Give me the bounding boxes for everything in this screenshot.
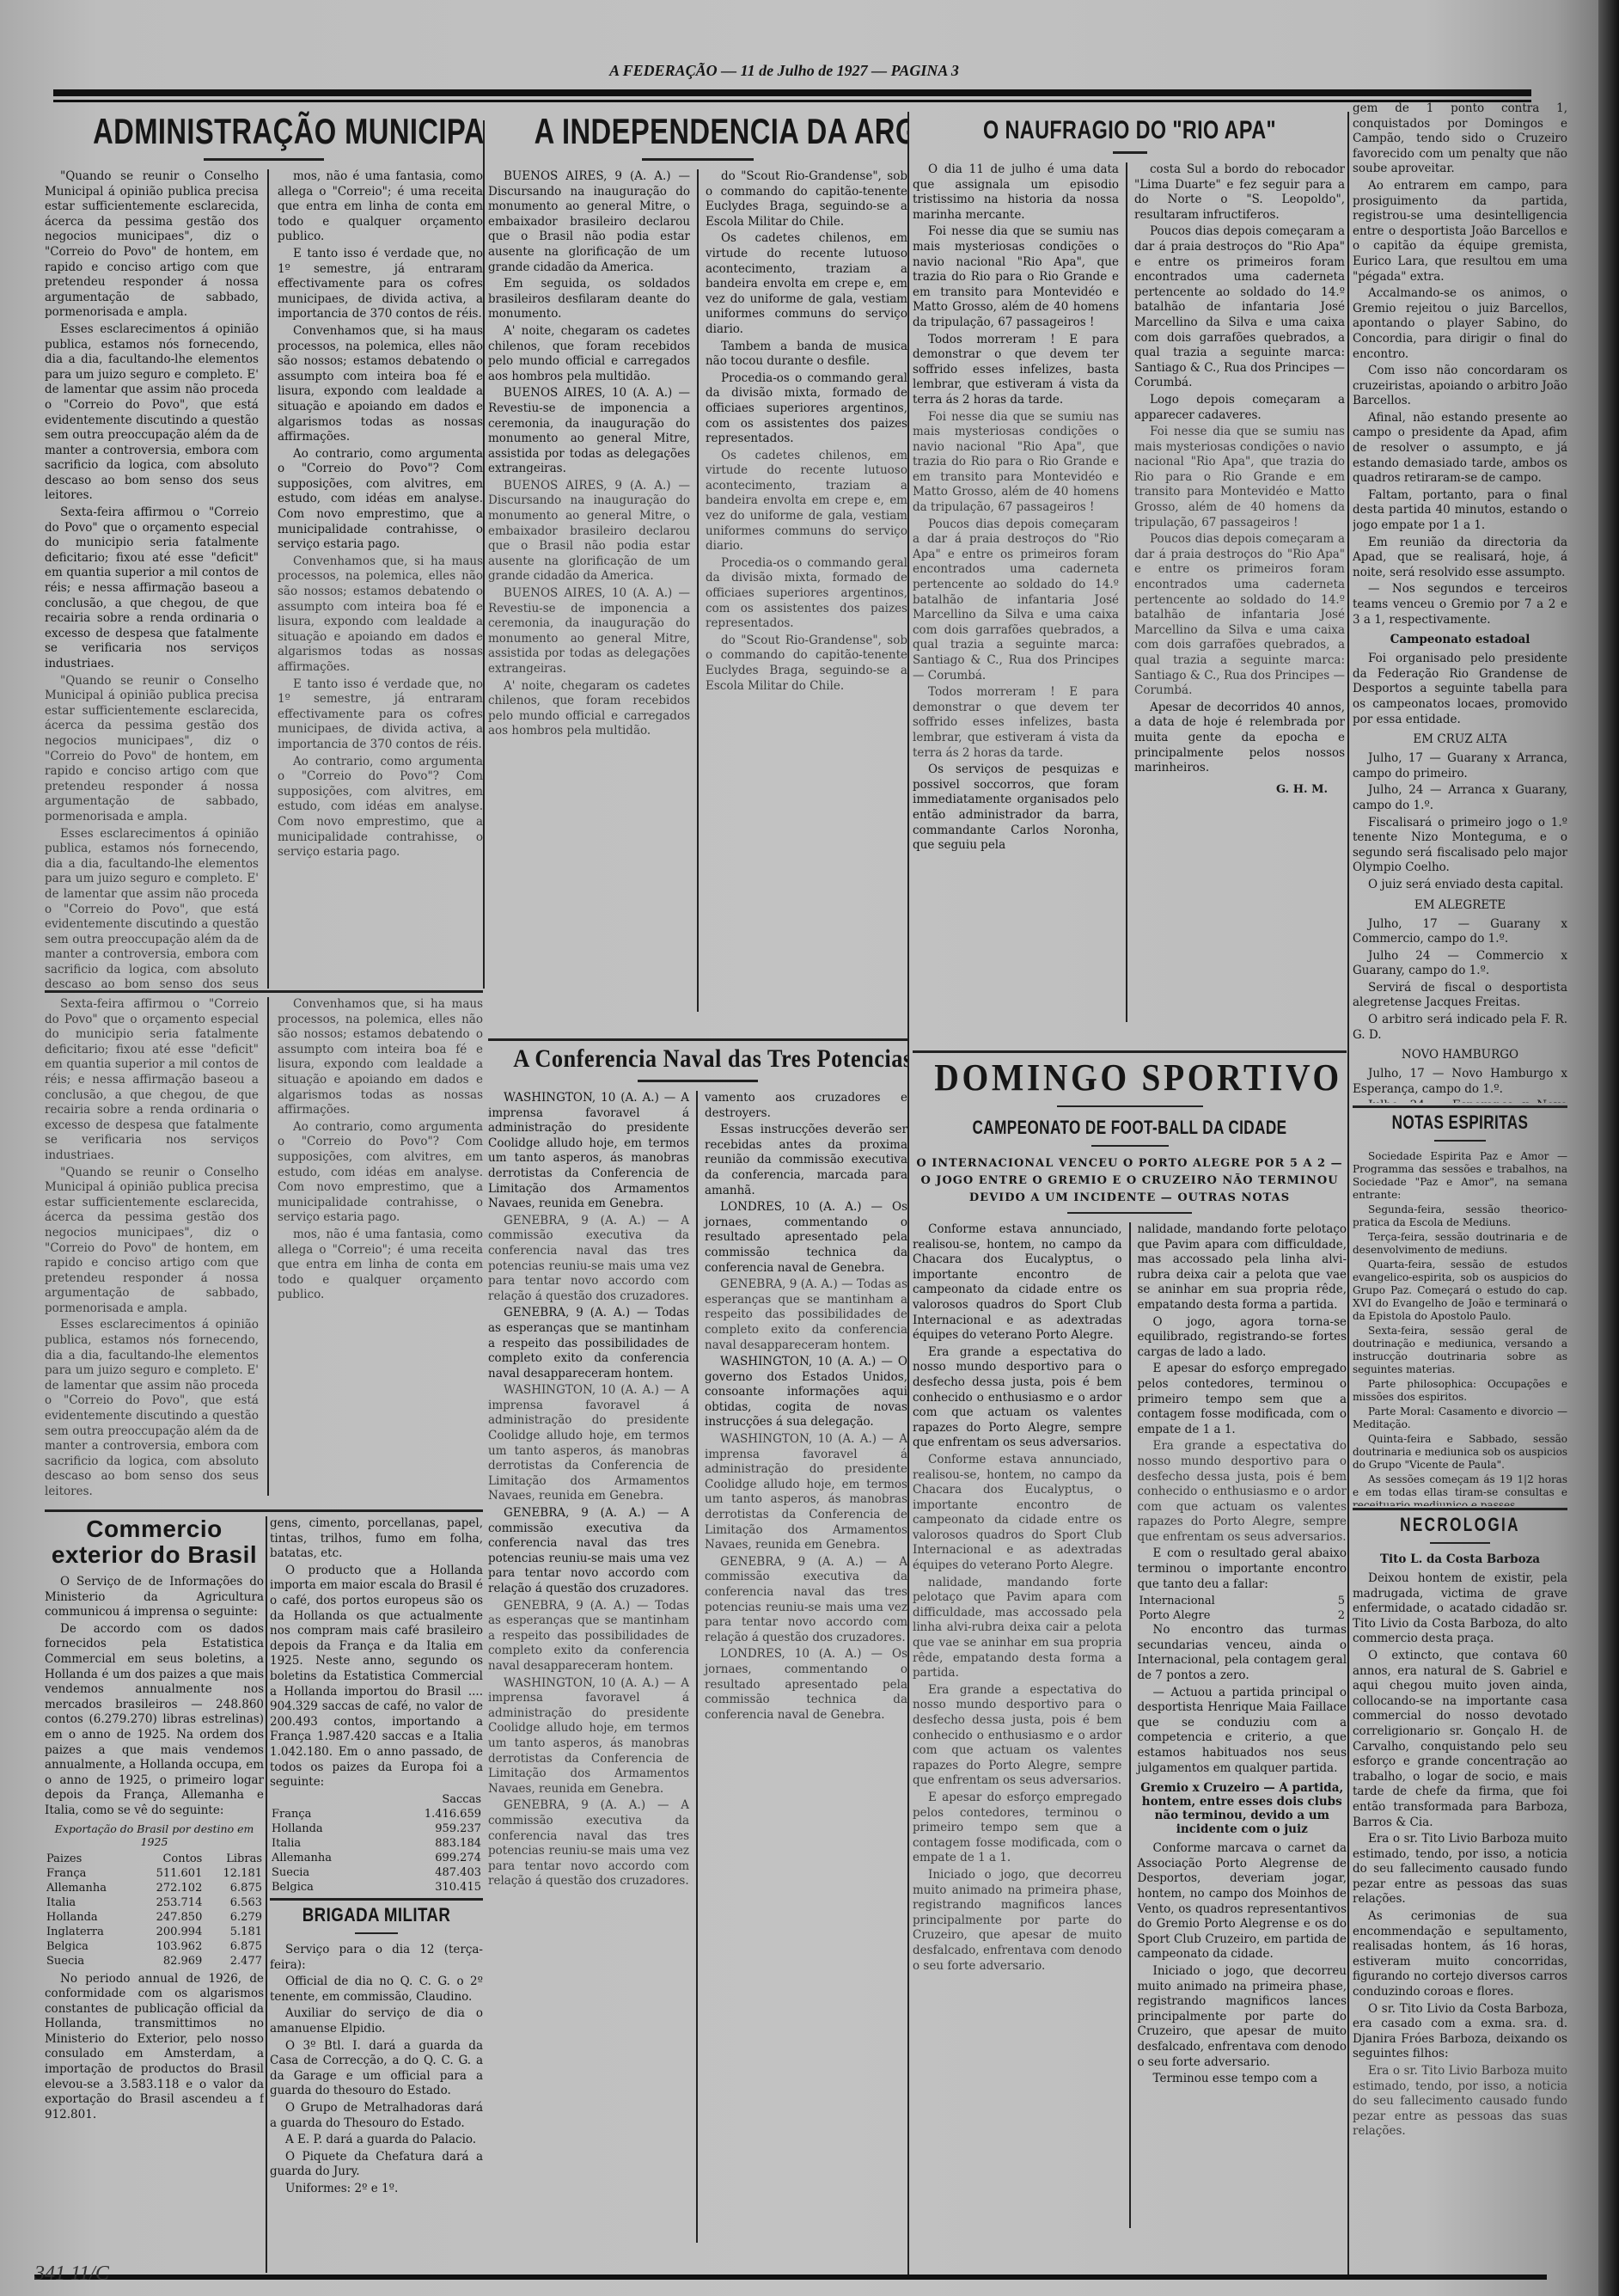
contos-cell: 103.962 — [134, 1939, 204, 1954]
fixture-line: Fiscalisará o primeiro jogo o 1.º tenent… — [1353, 816, 1567, 876]
page-column-rule — [1347, 112, 1349, 2278]
paragraph: Serviço para o dia 12 (terça-feira): — [270, 1943, 483, 1973]
paragraph: No periodo annual de 1926, de conformida… — [45, 1972, 264, 2123]
match-result-table: Internacional 5 Porto Alegre 2 — [1138, 1594, 1347, 1623]
team-score: 2 — [1322, 1608, 1347, 1623]
contos-cell: 253.714 — [134, 1895, 204, 1910]
paragraph: Foi nesse dia que se sumiu nas mais myst… — [1134, 425, 1345, 530]
article-necrologia: NECROLOGIA Tito L. da Costa Barboza Deix… — [1353, 1513, 1567, 2269]
column-1: BUENOS AIRES, 9 (A. A.) — Discursando na… — [488, 169, 690, 1012]
paragraph: Era grande a espectativa do nosso mundo … — [913, 1683, 1122, 1789]
paragraph: Tambem a banda de musica não tocou duran… — [706, 340, 907, 370]
paragraph: Terça-feira, sessão doutrinaria e de des… — [1353, 1231, 1567, 1257]
country-cell: Allemanha — [270, 1851, 381, 1865]
paragraph: Era o sr. Tito Livio Barboza muito estim… — [1353, 2064, 1567, 2140]
paragraph: Convenhamos que, si ha maus processos, n… — [278, 554, 483, 676]
paragraph: E apesar do esforço empregado pelos cont… — [1138, 1362, 1347, 1437]
column-1: "Quando se reunir o Conselho Municipal á… — [45, 169, 259, 989]
paragraph: As sessões começam ás 19 1|2 horas e em … — [1353, 1473, 1567, 1506]
article-argentina: A INDEPENDENCIA DA ARGENTINA BUENOS AIRE… — [488, 110, 907, 1021]
article-commercio-col2: gens, cimento, porcellanas, papel, tinta… — [270, 1516, 483, 1895]
contos-cell: 272.102 — [134, 1881, 204, 1895]
paragraph: gens, cimento, porcellanas, papel, tinta… — [270, 1516, 483, 1562]
fixture-line: O juiz será enviado desta capital. — [1353, 878, 1567, 893]
paragraph: A' noite, chegaram os cadetes chilenos, … — [488, 679, 690, 739]
fixture-line: Servirá de fiscal o desportista alegrete… — [1353, 981, 1567, 1011]
fixture-line: Julho, 24 — Esperança x Novo Hamburgo, c… — [1353, 1099, 1567, 1103]
column-1: WASHINGTON, 10 (A. A.) — A imprensa favo… — [488, 1091, 689, 2243]
divider — [638, 1080, 758, 1082]
country-cell: Inglaterra — [45, 1925, 134, 1939]
column-header: Saccas — [381, 1792, 483, 1807]
table-row: Italia883.184 — [270, 1836, 483, 1851]
paragraph: Afinal, não estando presente ao campo o … — [1353, 411, 1567, 487]
country-cell: França — [270, 1807, 381, 1821]
paragraph: vamento aos cruzadores e destroyers. — [705, 1091, 907, 1121]
masthead-rule-thin — [53, 100, 1531, 102]
paragraph: BUENOS AIRES, 9 (A. A.) — Discursando na… — [488, 479, 690, 585]
export-table: Paizes Contos Libras França511.60112.181… — [45, 1852, 264, 1968]
paragraph: Quarta-feira, sessão de estudos evangeli… — [1353, 1258, 1567, 1323]
paragraph: GENEBRA, 9 (A. A.) — A commissão executi… — [488, 1798, 689, 1889]
paragraph: Official de dia no Q. C. G. o 2º tenente… — [270, 1975, 483, 2005]
table-row: Italia253.7146.563 — [45, 1895, 264, 1910]
column-header: Paizes — [45, 1852, 134, 1866]
article-conferencia: A Conferencia Naval das Tres Potencias W… — [488, 1044, 907, 2273]
headline-necrologia: NECROLOGIA — [1377, 1513, 1544, 1537]
libras-cell: 2.477 — [204, 1954, 264, 1968]
column-2: vamento aos cruzadores e destroyers. Ess… — [705, 1091, 907, 2243]
fixture-line: Julho, 17 — Novo Hamburgo x Esperança, c… — [1353, 1067, 1567, 1097]
paragraph: E com o resultado geral abaixo terminou … — [1138, 1546, 1347, 1592]
paragraph: "Quando se reunir o Conselho Municipal á… — [45, 1166, 259, 1317]
libras-cell: 12.181 — [204, 1866, 264, 1881]
divider — [642, 158, 754, 161]
article-sportivo: DOMINGO SPORTIVO CAMPEONATO DE FOOT-BALL… — [913, 1056, 1347, 2272]
paragraph: do "Scout Rio-Grandense", sob o commando… — [706, 169, 907, 230]
paragraph: E tanto isso é verdade que, no 1º semest… — [278, 677, 483, 753]
paragraph: BUENOS AIRES, 9 (A. A.) — Discursando na… — [488, 169, 690, 275]
article-administracao-continued: Sexta-feira affirmou o "Correio do Povo"… — [45, 997, 483, 1509]
column-rule — [1126, 162, 1127, 1022]
table-row: Hollanda959.237 — [270, 1821, 483, 1836]
margin-note: 341 11/C — [34, 2262, 109, 2286]
paragraph: No encontro das turmas secundarias vence… — [1138, 1623, 1347, 1683]
paragraph: "Quando se reunir o Conselho Municipal á… — [45, 169, 259, 321]
headline-rio-apa: O NAUFRAGIO DO "RIO APA" — [961, 115, 1299, 146]
country-cell: Italia — [270, 1836, 381, 1851]
paragraph: O producto que a Hollanda importa em mai… — [270, 1564, 483, 1791]
section-rule — [45, 990, 483, 993]
fixture-line: O arbitro será indicado pela F. R. G. D. — [1353, 1013, 1567, 1043]
subtitle-campeonato: CAMPEONATO DE FOOT-BALL DA CIDADE — [961, 1116, 1299, 1140]
paragraph: Os cadetes chilenos, em virtude do recen… — [706, 231, 907, 337]
headline-conferencia: A Conferencia Naval das Tres Potencias — [513, 1044, 882, 1075]
scan-edge — [1598, 0, 1619, 2296]
paragraph: Ao contrario, como argumenta o "Correio … — [278, 1120, 483, 1226]
divider — [1091, 1145, 1169, 1147]
paragraph: Foi nesse dia que se sumiu nas mais myst… — [913, 410, 1119, 516]
team-name: Porto Alegre — [1138, 1608, 1323, 1623]
paragraph: Os cadetes chilenos, em virtude do recen… — [706, 449, 907, 554]
table-row: Allemanha272.1026.875 — [45, 1881, 264, 1895]
city-heading: EM ALEGRETE — [1353, 898, 1567, 912]
saccas-cell: 959.237 — [381, 1821, 483, 1836]
city-heading: NOVO HAMBURGO — [1353, 1048, 1567, 1062]
table-row: França1.416.659 — [270, 1807, 483, 1821]
paragraph: O Grupo de Metralhadoras dará a guarda d… — [270, 2101, 483, 2131]
paragraph: WASHINGTON, 10 (A. A.) — A imprensa favo… — [488, 1383, 689, 1504]
paragraph: Faltam, portanto, para o final desta par… — [1353, 488, 1567, 534]
table-row: Belgica310.415 — [270, 1880, 483, 1895]
contos-cell: 200.994 — [134, 1925, 204, 1939]
paragraph: GENEBRA, 9 (A. A.) — A commissão executi… — [705, 1555, 907, 1646]
paragraph: Iniciado o jogo, que decorreu muito anim… — [1138, 1964, 1347, 2070]
paragraph: LONDRES, 10 (A. A.) — Os jornaes, commen… — [705, 1647, 907, 1723]
column-2: Convenhamos que, si ha maus processos, n… — [278, 997, 483, 1502]
column-1: Conforme estava annunciado, realisou-se,… — [913, 1222, 1122, 2228]
column-header — [270, 1792, 381, 1807]
section-rule — [488, 1038, 907, 1041]
paragraph: E tanto isso é verdade que, no 1º semest… — [278, 247, 483, 322]
paragraph: GENEBRA, 9 (A. A.) — Todas as esperanças… — [488, 1599, 689, 1675]
column-2: costa Sul a bordo do rebocador "Lima Dua… — [1134, 162, 1345, 1022]
section-rule — [1353, 1105, 1567, 1108]
headline-argentina: A INDEPENDENCIA DA ARGENTINA — [535, 110, 862, 153]
headline-commercio: Commercio exterior do Brasil — [45, 1516, 264, 1568]
contos-cell: 82.969 — [134, 1954, 204, 1968]
paragraph: Era grande a espectativa do nosso mundo … — [1138, 1439, 1347, 1545]
paragraph: Todos morreram ! E para demonstrar o que… — [913, 333, 1119, 408]
paragraph: Era grande a espectativa do nosso mundo … — [913, 1345, 1122, 1451]
paragraph: Poucos dias depois começaram a dar á pra… — [1134, 224, 1345, 391]
libras-cell: 6.875 — [204, 1881, 264, 1895]
saccas-cell: 699.274 — [381, 1851, 483, 1865]
table-row: Suecia487.403 — [270, 1865, 483, 1880]
section-rule — [1353, 1508, 1567, 1510]
paragraph: Conforme estava annunciado, realisou-se,… — [913, 1222, 1122, 1344]
paragraph: nalidade, mandando forte pelotaço que Pa… — [913, 1576, 1122, 1681]
paragraph: Iniciado o jogo, que decorreu muito anim… — [913, 1868, 1122, 1974]
column-header: Contos — [134, 1852, 204, 1866]
table-row: Hollanda247.8506.279 — [45, 1910, 264, 1925]
headline-sportivo: DOMINGO SPORTIVO — [934, 1056, 1325, 1100]
article-rio-apa: O NAUFRAGIO DO "RIO APA" O dia 11 de jul… — [913, 110, 1347, 1030]
country-cell: Allemanha — [45, 1881, 134, 1895]
libras-cell: 5.181 — [204, 1925, 264, 1939]
table-row: França511.60112.181 — [45, 1866, 264, 1881]
country-cell: Belgica — [270, 1880, 381, 1895]
country-cell: Hollanda — [45, 1910, 134, 1925]
country-cell: França — [45, 1866, 134, 1881]
paragraph: mos, não é uma fantasia, como allega o "… — [278, 169, 483, 245]
paragraph: Accalmando-se os animos, o Gremio rejeit… — [1353, 286, 1567, 362]
column-2: do "Scout Rio-Grandense", sob o commando… — [706, 169, 907, 1012]
divider — [1113, 151, 1147, 154]
subheading-estadual: Campeonato estadoal — [1353, 633, 1567, 646]
country-cell: Suecia — [270, 1865, 381, 1880]
table-header: Paizes Contos Libras — [45, 1852, 264, 1866]
paragraph: Conforme marcava o carnet da Associação … — [1138, 1841, 1347, 1962]
paragraph: BUENOS AIRES, 10 (A. A.) — Revestiu-se d… — [488, 586, 690, 677]
table-row: Allemanha699.274 — [270, 1851, 483, 1865]
paragraph: Em seguida, os soldados brasileiros desf… — [488, 277, 690, 322]
paragraph: O jogo, agora torna-se equilibrado, regi… — [1138, 1315, 1347, 1361]
headline-espiritas: NOTAS ESPIRITAS — [1377, 1111, 1544, 1135]
paragraph: Convenhamos que, si ha maus processos, n… — [278, 324, 483, 445]
paragraph: BUENOS AIRES, 10 (A. A.) — Revestiu-se d… — [488, 386, 690, 477]
paragraph: Com isso não concordaram os cruzeiristas… — [1353, 364, 1567, 409]
masthead-rule — [53, 89, 1531, 96]
paragraph: GENEBRA, 9 (A. A.) — Todas as esperanças… — [488, 1306, 689, 1381]
paragraph: Auxiliar do serviço de dia o amanuense E… — [270, 2006, 483, 2036]
paragraph: GENEBRA, 9 (A. A.) — Todas as esperanças… — [705, 1277, 907, 1353]
column-2: mos, não é uma fantasia, como allega o "… — [278, 169, 483, 989]
paragraph: GENEBRA, 9 (A. A.) — A commissão executi… — [488, 1214, 689, 1305]
paragraph: Uniformes: 2º e 1º. — [270, 2182, 483, 2197]
paragraph: Conforme estava annunciado, realisou-se,… — [913, 1453, 1122, 1574]
table-row: Belgica103.9626.875 — [45, 1939, 264, 1954]
article-commercio: Commercio exterior do Brasil O Serviço d… — [45, 1516, 264, 2273]
country-cell: Suecia — [45, 1954, 134, 1968]
paragraph: Essas instrucções deverão ser recebidas … — [705, 1123, 907, 1198]
article-administracao: ADMINISTRAÇÃO MUNICIPAL "Quando se reuni… — [45, 110, 483, 989]
country-cell: Italia — [45, 1895, 134, 1910]
newspaper-page: A FEDERAÇÃO — 11 de Julho de 1927 — PAGI… — [0, 0, 1619, 2296]
paragraph: do "Scout Rio-Grandense", sob o commando… — [706, 634, 907, 694]
column-rule — [1129, 1222, 1131, 2228]
masthead: A FEDERAÇÃO — 11 de Julho de 1927 — PAGI… — [34, 62, 1534, 88]
paragraph: Os serviços de pesquizas e possivel socc… — [913, 762, 1119, 854]
paragraph: Em reunião da directoria da Apad, que se… — [1353, 536, 1567, 581]
paragraph: O 3º Btl. I. dará a guarda da Casa de Co… — [270, 2039, 483, 2099]
paragraph: Logo depois começaram a apparecer cadave… — [1134, 393, 1345, 423]
paragraph: Segunda-feira, sessão theorico-pratica d… — [1353, 1203, 1567, 1229]
paragraph: As cerimonias de sua encommendação e sep… — [1353, 1909, 1567, 2000]
paragraph: Ao entrarem em campo, para prosiguimento… — [1353, 179, 1567, 285]
paragraph: O extincto, que contava 60 annos, era na… — [1353, 1649, 1567, 1830]
column-2: nalidade, mandando forte pelotaço que Pa… — [1138, 1222, 1347, 2228]
divider — [204, 158, 324, 161]
deck-sportivo: O INTERNACIONAL VENCEU O PORTO ALEGRE PO… — [913, 1155, 1347, 1207]
section-rule — [45, 1509, 483, 1512]
section-rule — [270, 1898, 483, 1901]
headline-brigada: BRIGADA MILITAR — [286, 1903, 467, 1927]
paragraph: E apesar do esforço empregado pelos cont… — [913, 1791, 1122, 1866]
saccas-cell: 487.403 — [381, 1865, 483, 1880]
libras-cell: 6.875 — [204, 1939, 264, 1954]
fixture-line: Julho 24 — Commercio x Guarany, campo do… — [1353, 949, 1567, 979]
paragraph: Esses esclarecimentos á opinião publica,… — [45, 322, 259, 504]
column-rule — [267, 997, 269, 1496]
contos-cell: 247.850 — [134, 1910, 204, 1925]
column-1: Sexta-feira affirmou o "Correio do Povo"… — [45, 997, 259, 1502]
table-caption: Exportação do Brasil por destino em 1925 — [45, 1822, 264, 1848]
divider — [1434, 1140, 1486, 1142]
paragraph: Apesar de decorridos 40 annos, a data de… — [1134, 701, 1345, 776]
paragraph: De accordo com os dados fornecidos pela … — [45, 1622, 264, 1819]
paragraph: Sexta-feira, sessão geral de doutrinação… — [1353, 1325, 1567, 1376]
paragraph: LONDRES, 10 (A. A.) — Os jornaes, commen… — [705, 1200, 907, 1276]
paragraph: Procedia-os o commando geral da divisão … — [706, 371, 907, 447]
paragraph: O Piquete da Chefatura dará a guarda do … — [270, 2150, 483, 2180]
libras-cell: 6.279 — [204, 1910, 264, 1925]
team-score: 5 — [1322, 1594, 1347, 1608]
article-brigada: BRIGADA MILITAR Serviço para o dia 12 (t… — [270, 1903, 483, 2264]
paragraph: Era o sr. Tito Livio Barboza muito estim… — [1353, 1832, 1567, 1907]
paragraph: WASHINGTON, 10 (A. A.) — A imprensa favo… — [488, 1091, 689, 1212]
page-column-rule — [907, 112, 909, 2278]
article-espiritas: NOTAS ESPIRITAS Sociedade Espirita Paz e… — [1353, 1111, 1567, 1506]
paragraph: Todos morreram ! E para demonstrar o que… — [913, 685, 1119, 761]
headline-administracao: ADMINISTRAÇÃO MUNICIPAL — [93, 110, 435, 153]
subheading-gremio-cruzeiro: Gremio x Cruzeiro — A partida, hontem, e… — [1138, 1781, 1347, 1836]
paragraph: Convenhamos que, si ha maus processos, n… — [278, 997, 483, 1118]
fixture-line: Julho, 17 — Guarany x Commercio, campo d… — [1353, 917, 1567, 947]
paragraph: gem de 1 ponto contra 1, conquistados po… — [1353, 101, 1567, 177]
paragraph: Parte Moral: Casamento e divorcio — Medi… — [1353, 1405, 1567, 1431]
column-header: Libras — [204, 1852, 264, 1866]
divider — [1067, 1212, 1192, 1214]
contos-cell: 511.601 — [134, 1866, 204, 1881]
section-rule — [913, 1050, 1347, 1053]
saccas-cell: 1.416.659 — [381, 1807, 483, 1821]
team-name: Internacional — [1138, 1594, 1323, 1608]
divider — [355, 1932, 398, 1934]
paragraph: Esses esclarecimentos á opinião publica,… — [45, 1318, 259, 1499]
paragraph: Sexta-feira affirmou o "Correio do Povo"… — [45, 997, 259, 1164]
paragraph: Parte philosophica: Occupações e missões… — [1353, 1378, 1567, 1404]
column-rule — [266, 1516, 267, 2273]
paragraph: mos, não é uma fantasia, como allega o "… — [278, 1228, 483, 1303]
paragraph: — Nos segundos e terceiros teams venceu … — [1353, 582, 1567, 628]
result-row: Porto Alegre 2 — [1138, 1608, 1347, 1623]
page-column-rule — [483, 120, 485, 989]
paragraph: — Actuou a partida principal o desportis… — [1138, 1686, 1347, 1777]
paragraph: Quinta-feira e Sabbado, sessão doutrinar… — [1353, 1433, 1567, 1472]
paragraph: Foi nesse dia que se sumiu nas mais myst… — [913, 224, 1119, 330]
divider — [1057, 1105, 1203, 1107]
paragraph: Ao contrario, como argumenta o "Correio … — [278, 447, 483, 553]
paragraph: Deixou hontem de existir, pela madrugada… — [1353, 1571, 1567, 1647]
deceased-name: Tito L. da Costa Barboza — [1353, 1552, 1567, 1566]
paragraph: WASHINGTON, 10 (A. A.) — A imprensa favo… — [705, 1432, 907, 1553]
paragraph: O Serviço de de Informações do Ministeri… — [45, 1575, 264, 1620]
paragraph: costa Sul a bordo do rebocador "Lima Dua… — [1134, 162, 1345, 223]
paragraph: O sr. Tito Livio da Costa Barboza, era c… — [1353, 2002, 1567, 2062]
paragraph: Ao contrario, como argumenta o "Correio … — [278, 755, 483, 860]
paragraph: GENEBRA, 9 (A. A.) — A commissão executi… — [488, 1506, 689, 1597]
column-rule — [696, 1091, 698, 2243]
signature: G. H. M. — [1134, 783, 1328, 796]
paragraph: Poucos dias depois começaram a dar á pra… — [913, 517, 1119, 684]
column-1: O dia 11 de julho é uma data que assigna… — [913, 162, 1119, 1022]
paragraph: Foi organisado pelo presidente da Federa… — [1353, 652, 1567, 727]
paragraph: Sexta-feira affirmou o "Correio do Povo"… — [45, 505, 259, 672]
libras-cell: 6.563 — [204, 1895, 264, 1910]
paragraph: Terminou esse tempo com a — [1138, 2072, 1347, 2087]
paragraph: Esses esclarecimentos á opinião publica,… — [45, 827, 259, 989]
fixture-line: Julho, 17 — Guarany x Arranca, campo do … — [1353, 751, 1567, 781]
paragraph: Procedia-os o commando geral da divisão … — [706, 556, 907, 632]
paragraph: nalidade, mandando forte pelotaço que Pa… — [1138, 1222, 1347, 1313]
paragraph: A' noite, chegaram os cadetes chilenos, … — [488, 324, 690, 384]
paragraph: WASHINGTON, 10 (A. A.) — O governo dos E… — [705, 1355, 907, 1430]
article-sportivo-continued: gem de 1 ponto contra 1, conquistados po… — [1353, 101, 1567, 1103]
saccas-table: Saccas França1.416.659Hollanda959.237Ita… — [270, 1792, 483, 1895]
country-cell: Belgica — [45, 1939, 134, 1954]
fixture-line: Julho, 24 — Arranca x Guarany, campo do … — [1353, 783, 1567, 813]
paragraph: WASHINGTON, 10 (A. A.) — A imprensa favo… — [488, 1676, 689, 1797]
saccas-cell: 310.415 — [381, 1880, 483, 1895]
bottom-rule — [34, 2275, 1547, 2280]
country-cell: Hollanda — [270, 1821, 381, 1836]
table-header: Saccas — [270, 1792, 483, 1807]
column-rule — [697, 169, 699, 1012]
table-row: Inglaterra200.9945.181 — [45, 1925, 264, 1939]
paragraph: "Quando se reunir o Conselho Municipal á… — [45, 674, 259, 825]
paragraph: A E. P. dará a guarda do Palacio. — [270, 2133, 483, 2148]
paragraph: Sociedade Espirita Paz e Amor — Programm… — [1353, 1150, 1567, 1202]
paragraph: O dia 11 de julho é uma data que assigna… — [913, 162, 1119, 223]
column-rule — [267, 169, 269, 989]
result-row: Internacional 5 — [1138, 1594, 1347, 1608]
divider — [1430, 1542, 1490, 1544]
city-heading: EM CRUZ ALTA — [1353, 732, 1567, 746]
masthead-text: A FEDERAÇÃO — 11 de Julho de 1927 — PAGI… — [609, 62, 959, 79]
paragraph: Poucos dias depois começaram a dar á pra… — [1134, 532, 1345, 699]
saccas-cell: 883.184 — [381, 1836, 483, 1851]
table-row: Suecia82.9692.477 — [45, 1954, 264, 1968]
